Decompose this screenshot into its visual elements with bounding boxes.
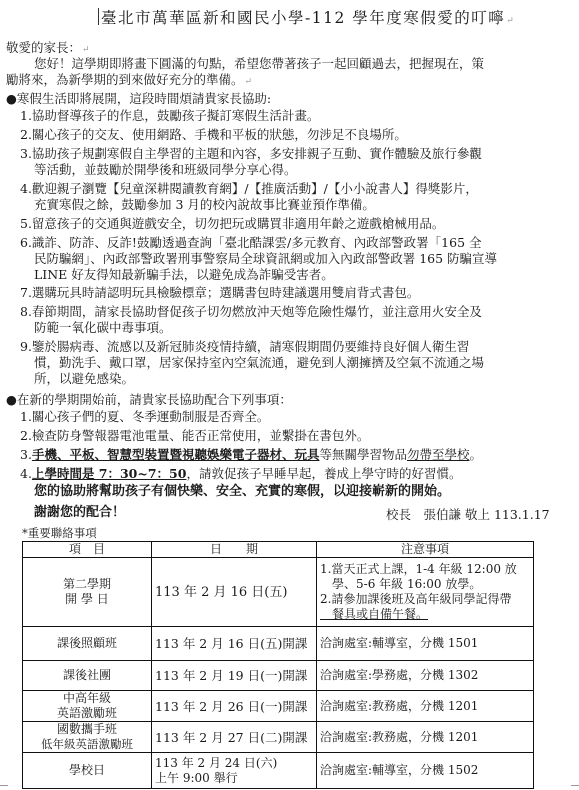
emphasis-text: 手機、平板、智慧型裝置暨視聽娛樂電子器材、玩具 xyxy=(32,447,320,462)
date-line: 113 年 2 月 19 日(一)開課 xyxy=(155,668,313,683)
item-line: 課後照顧班 xyxy=(26,636,148,651)
date-line: 113 年 2 月 16 日(五)開課 xyxy=(155,636,313,651)
item-text: 1.協助督導孩子的作息，鼓勵孩子擬訂寒假生活計畫。 xyxy=(20,108,319,123)
section1-item-9-cont1: 慣，勤洗手、戴口罩，居家保持室內空氣流通，避免到人潮擁擠及空氣不流通之場 xyxy=(34,355,484,371)
salutation-text: 敬愛的家長： xyxy=(6,40,81,55)
item-line: 開 學 日 xyxy=(26,592,148,607)
cell-date: 113 年 2 月 24 日(六)上午 9:00 舉行 xyxy=(152,753,317,789)
section1-item-6: 6.識詐、防詐、反詐!鼓勵透過查詢「臺北酷課雲/多元教育、內政部警政署「165 … xyxy=(20,235,482,251)
item-line: 第二學期 xyxy=(26,577,148,592)
note-line: 洽詢處室:輔導室，分機 1501 xyxy=(320,636,530,651)
section1-item-6-cont1: 民防騙網」、內政部警政署刑事警察局全球資訊網或加入內政部警政署 165 防騙宣導 xyxy=(34,251,497,267)
date-line: 113 年 2 月 26 日(一)開課 xyxy=(155,699,313,714)
item-text: 等活動，並鼓勵於開學後和班級同學分享心得。 xyxy=(34,162,297,177)
cell-date: 113 年 2 月 16 日(五) xyxy=(152,558,317,627)
note-line: 學、5-6 年級 16:00 放學。 xyxy=(320,577,530,592)
cell-date: 113 年 2 月 26 日(一)開課 xyxy=(152,691,317,722)
cell-item: 中高年級英語激勵班 xyxy=(23,691,152,722)
header-notes: 注意事項 xyxy=(317,542,534,558)
table-header-row: 項 目 日 期 注意事項 xyxy=(23,542,534,558)
section2-item-1: 1.關心孩子們的夏、冬季運動制服是否齊全。 xyxy=(20,409,269,425)
note-line: 1.當天正式上課，1-4 年級 12:00 放 xyxy=(320,562,530,577)
date-line: 113 年 2 月 24 日(六) xyxy=(155,756,313,771)
item-text: 所，以避免感染。 xyxy=(34,371,134,386)
item-text: LINE 好友得知最新騙手法，以避免成為詐騙受害者。 xyxy=(34,267,334,282)
section1-item-2: 2.關心孩子的交友、使用網路、手機和平板的狀態，勿涉足不良場所。 xyxy=(20,127,407,143)
paragraph-mark-icon: ↵ xyxy=(245,77,253,87)
item-text: 4.歡迎親子瀏覽【兒童深耕閱讀教育網】/【推廣活動】/【小小說書人】得獎影片， xyxy=(20,181,478,196)
underlined-text: 勿帶至學校 xyxy=(407,447,470,462)
note-line: 洽詢處室:輔導室，分機 1502 xyxy=(320,763,530,778)
cell-notes: 洽詢處室:教務處，分機 1201 xyxy=(317,722,534,753)
table-row: 課後社團 113 年 2 月 19 日(一)開課 洽詢處室:學務處，分機 130… xyxy=(23,661,534,691)
title-text: 臺北市萬華區新和國民小學-112 學年度寒假愛的叮嚀 xyxy=(101,9,505,27)
note-line: 餐具或自備午餐。 xyxy=(320,607,530,622)
contacts-heading-text: *重要聯絡事項 xyxy=(22,526,97,540)
cell-item: 課後照顧班 xyxy=(23,627,152,661)
item-text: 8.春節期間，請家長協助督促孩子切勿燃放沖天炮等危險性爆竹，並注意用火安全及 xyxy=(20,304,482,319)
intro-line-1: 您好！這學期即將畫下圓滿的句點，希望您帶著孩子一起回顧過去，把握現在，策 xyxy=(34,56,484,72)
item-text: ，請敦促孩子早睡早起，養成上學守時的好習慣。 xyxy=(186,466,461,481)
closing-line-1: 您的協助將幫助孩子有個快樂、安全、充實的寒假，以迎接嶄新的開始。 xyxy=(34,484,450,500)
section1-item-3-cont: 等活動，並鼓勵於開學後和班級同學分享心得。 xyxy=(34,162,297,178)
item-text: 防範一氧化碳中毒事項。 xyxy=(34,320,172,335)
closing-text-1: 您的協助將幫助孩子有個快樂、安全、充實的寒假，以迎接嶄新的開始。 xyxy=(34,484,450,499)
document-title: 臺北市萬華區新和國民小學-112 學年度寒假愛的叮嚀↵ xyxy=(98,6,515,28)
signature: 校長 張伯謙 敬上 113.1.17 xyxy=(386,507,550,523)
text-cursor xyxy=(98,8,99,25)
item-text: 5.留意孩子的交通與遊戲安全，切勿把玩或購買非適用年齡之遊戲槍械用品。 xyxy=(20,216,444,231)
section1-heading-text: ●寒假生活即將展開，這段時間煩請貴家長協助: xyxy=(6,91,271,106)
cell-notes: 洽詢處室:輔導室，分機 1501 xyxy=(317,627,534,661)
section2-item-3: 3.手機、平板、智慧型裝置暨視聽娛樂電子器材、玩具等無關學習物品勿帶至學校。 xyxy=(20,447,482,463)
page-corner-mark-left xyxy=(0,785,8,790)
cell-item: 國數攜手班低年級英語激勵班 xyxy=(23,722,152,753)
paragraph-mark-icon: ↵ xyxy=(506,16,515,26)
intro-text-2: 勵將來，為新學期的到來做好充分的準備。 xyxy=(6,72,244,87)
item-number: 3. xyxy=(20,447,32,462)
section1-item-6-cont2: LINE 好友得知最新騙手法，以避免成為詐騙受害者。 xyxy=(34,267,334,283)
section1-heading: ●寒假生活即將展開，這段時間煩請貴家長協助: xyxy=(6,91,271,107)
item-text: 6.識詐、防詐、反詐!鼓勵透過查詢「臺北酷課雲/多元教育、內政部警政署「165 … xyxy=(20,235,482,250)
item-text: 慣，勤洗手、戴口罩，居家保持室內空氣流通，避免到人潮擁擠及空氣不流通之場 xyxy=(34,355,484,370)
section2-item-4: 4.上學時間是 7：30~7：50，請敦促孩子早睡早起，養成上學守時的好習慣。 xyxy=(20,466,461,482)
page-corner-mark-right xyxy=(571,785,579,790)
section1-item-9-cont2: 所，以避免感染。 xyxy=(34,371,134,387)
section2-heading: ●在新的學期開始前，請貴家長協助配合下列事項： xyxy=(6,392,292,408)
table-row: 學校日 113 年 2 月 24 日(六)上午 9:00 舉行 洽詢處室:輔導室… xyxy=(23,753,534,789)
item-text: 等無關學習物品 xyxy=(319,447,407,462)
item-text: 1.關心孩子們的夏、冬季運動制服是否齊全。 xyxy=(20,409,269,424)
cell-item: 課後社團 xyxy=(23,661,152,691)
table-row: 中高年級英語激勵班 113 年 2 月 26 日(一)開課 洽詢處室:教務處，分… xyxy=(23,691,534,722)
note-line: 洽詢處室:教務處，分機 1201 xyxy=(320,699,530,714)
date-line: 113 年 2 月 16 日(五) xyxy=(155,585,313,600)
item-text: 7.選購玩具時請認明玩具檢驗標章；選購書包時建議選用雙肩背式書包。 xyxy=(20,285,419,300)
school-hours-text: 上學時間是 7：30~7：50 xyxy=(32,466,187,481)
cell-item: 學校日 xyxy=(23,753,152,789)
cell-date: 113 年 2 月 19 日(一)開課 xyxy=(152,661,317,691)
section1-item-8-cont: 防範一氧化碳中毒事項。 xyxy=(34,320,172,336)
item-text: 2.檢查防身警報器電池電量、能否正常使用，並繫掛在書包外。 xyxy=(20,428,369,443)
item-line: 課後社團 xyxy=(26,668,148,683)
date-line: 上午 9:00 舉行 xyxy=(155,771,313,786)
item-line: 低年級英語激勵班 xyxy=(26,737,148,752)
note-line: 2.請參加課後班及高年級同學記得帶 xyxy=(320,592,530,607)
section2-item-2: 2.檢查防身警報器電池電量、能否正常使用，並繫掛在書包外。 xyxy=(20,428,369,444)
item-text: 。 xyxy=(469,447,482,462)
item-text: 3.協助孩子規劃寒假自主學習的主題和內容，多安排親子互動、實作體驗及旅行參觀 xyxy=(20,146,482,161)
contacts-table: 項 目 日 期 注意事項 第二學期開 學 日 113 年 2 月 16 日(五)… xyxy=(22,541,534,789)
note-line: 洽詢處室:教務處，分機 1201 xyxy=(320,730,530,745)
item-text: 2.關心孩子的交友、使用網路、手機和平板的狀態，勿涉足不良場所。 xyxy=(20,127,407,142)
table-row: 國數攜手班低年級英語激勵班 113 年 2 月 27 日(二)開課 洽詢處室:教… xyxy=(23,722,534,753)
section1-item-4: 4.歡迎親子瀏覽【兒童深耕閱讀教育網】/【推廣活動】/【小小說書人】得獎影片， xyxy=(20,181,478,197)
item-number: 4. xyxy=(20,466,32,481)
item-line: 英語激勵班 xyxy=(26,706,148,721)
item-text: 充實寒假之餘，鼓勵參加 3 月的校內說故事比賽並預作準備。 xyxy=(34,197,375,212)
item-line: 國數攜手班 xyxy=(26,722,148,737)
note-line: 洽詢處室:學務處，分機 1302 xyxy=(320,668,530,683)
cell-item: 第二學期開 學 日 xyxy=(23,558,152,627)
item-text: 9.鑒於腸病毒、流感以及新冠肺炎疫情持續，請寒假期間仍要維持良好個人衛生習 xyxy=(20,339,469,354)
table-row: 課後照顧班 113 年 2 月 16 日(五)開課 洽詢處室:輔導室，分機 15… xyxy=(23,627,534,661)
item-text: 民防騙網」、內政部警政署刑事警察局全球資訊網或加入內政部警政署 165 防騙宣導 xyxy=(34,251,497,266)
intro-line-2: 勵將來，為新學期的到來做好充分的準備。↵ xyxy=(6,72,252,90)
closing-text-2: 謝謝您的配合！ xyxy=(34,505,125,520)
header-date: 日 期 xyxy=(152,542,317,558)
section1-item-5: 5.留意孩子的交通與遊戲安全，切勿把玩或購買非適用年齡之遊戲槍械用品。 xyxy=(20,216,444,232)
intro-text-1: 您好！這學期即將畫下圓滿的句點，希望您帶著孩子一起回顧過去，把握現在，策 xyxy=(34,56,484,71)
closing-line-2: 謝謝您的配合！ xyxy=(34,505,125,521)
cell-notes: 1.當天正式上課，1-4 年級 12:00 放 學、5-6 年級 16:00 放… xyxy=(317,558,534,627)
cell-date: 113 年 2 月 16 日(五)開課 xyxy=(152,627,317,661)
cell-notes: 洽詢處室:學務處，分機 1302 xyxy=(317,661,534,691)
cell-notes: 洽詢處室:輔導室，分機 1502 xyxy=(317,753,534,789)
table-row: 第二學期開 學 日 113 年 2 月 16 日(五) 1.當天正式上課，1-4… xyxy=(23,558,534,627)
section1-item-4-cont: 充實寒假之餘，鼓勵參加 3 月的校內說故事比賽並預作準備。 xyxy=(34,197,375,213)
section2-heading-text: ●在新的學期開始前，請貴家長協助配合下列事項： xyxy=(6,392,292,407)
section1-item-3: 3.協助孩子規劃寒假自主學習的主題和內容，多安排親子互動、實作體驗及旅行參觀 xyxy=(20,146,482,162)
section1-item-7: 7.選購玩具時請認明玩具檢驗標章；選購書包時建議選用雙肩背式書包。 xyxy=(20,285,419,301)
date-line: 113 年 2 月 27 日(二)開課 xyxy=(155,730,313,745)
signature-text: 校長 張伯謙 敬上 113.1.17 xyxy=(386,507,550,522)
cell-date: 113 年 2 月 27 日(二)開課 xyxy=(152,722,317,753)
paragraph-mark-icon: ↵ xyxy=(82,45,90,55)
item-line: 學校日 xyxy=(26,763,148,778)
header-item: 項 目 xyxy=(23,542,152,558)
cell-notes: 洽詢處室:教務處，分機 1201 xyxy=(317,691,534,722)
section1-item-1: 1.協助督導孩子的作息，鼓勵孩子擬訂寒假生活計畫。 xyxy=(20,108,319,124)
contacts-heading: *重要聯絡事項 xyxy=(22,525,97,541)
section1-item-9: 9.鑒於腸病毒、流感以及新冠肺炎疫情持續，請寒假期間仍要維持良好個人衛生習 xyxy=(20,339,469,355)
section1-item-8: 8.春節期間，請家長協助督促孩子切勿燃放沖天炮等危險性爆竹，並注意用火安全及 xyxy=(20,304,482,320)
document-page: 臺北市萬華區新和國民小學-112 學年度寒假愛的叮嚀↵ 敬愛的家長：↵ 您好！這… xyxy=(0,0,579,790)
item-line: 中高年級 xyxy=(26,691,148,706)
